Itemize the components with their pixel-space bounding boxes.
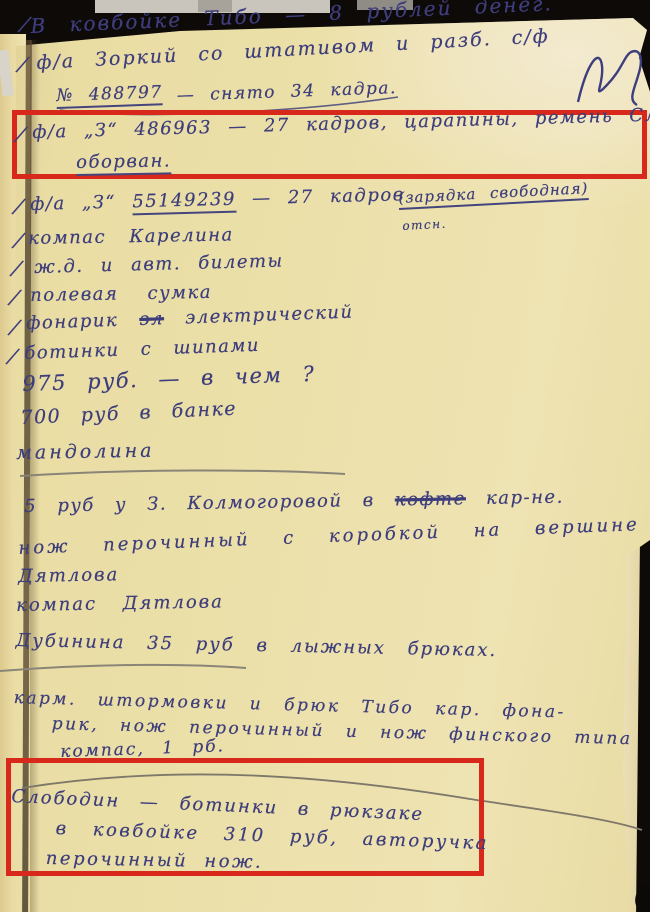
- handwritten-line-5: оборван.: [76, 150, 171, 176]
- handwritten-line-18: компас Дятлова: [16, 591, 224, 616]
- camera-prefix: ф/а „З“: [30, 191, 133, 215]
- divider-line-2: [0, 665, 246, 671]
- corner-ink-blot: [635, 884, 650, 912]
- camera-suffix: — 27 кадров: [236, 184, 405, 209]
- camera-number-1: № 488797: [56, 82, 163, 109]
- handwritten-line-9: полевая сумка: [30, 282, 212, 306]
- ink-flourish: [578, 51, 641, 105]
- handwritten-subnote: отсн.: [402, 217, 447, 233]
- pocket-word: кар-не.: [466, 487, 564, 510]
- struck-word: кофте: [395, 488, 466, 510]
- handwritten-line-17: Дятлова: [18, 564, 119, 587]
- divider-line-1: [20, 470, 345, 476]
- handwritten-line-14: мандолина: [16, 440, 155, 464]
- handwritten-line-25: перочинный нож.: [46, 848, 264, 873]
- scanned-notebook-page: { "page": { "background_color": "#0d0a08…: [0, 0, 650, 912]
- camera-number-2: 55149239: [132, 189, 236, 216]
- flashlight-word: фонарик: [26, 309, 140, 334]
- handwritten-line-7: компас Карелина: [28, 224, 234, 249]
- struck-word: эл: [139, 308, 164, 330]
